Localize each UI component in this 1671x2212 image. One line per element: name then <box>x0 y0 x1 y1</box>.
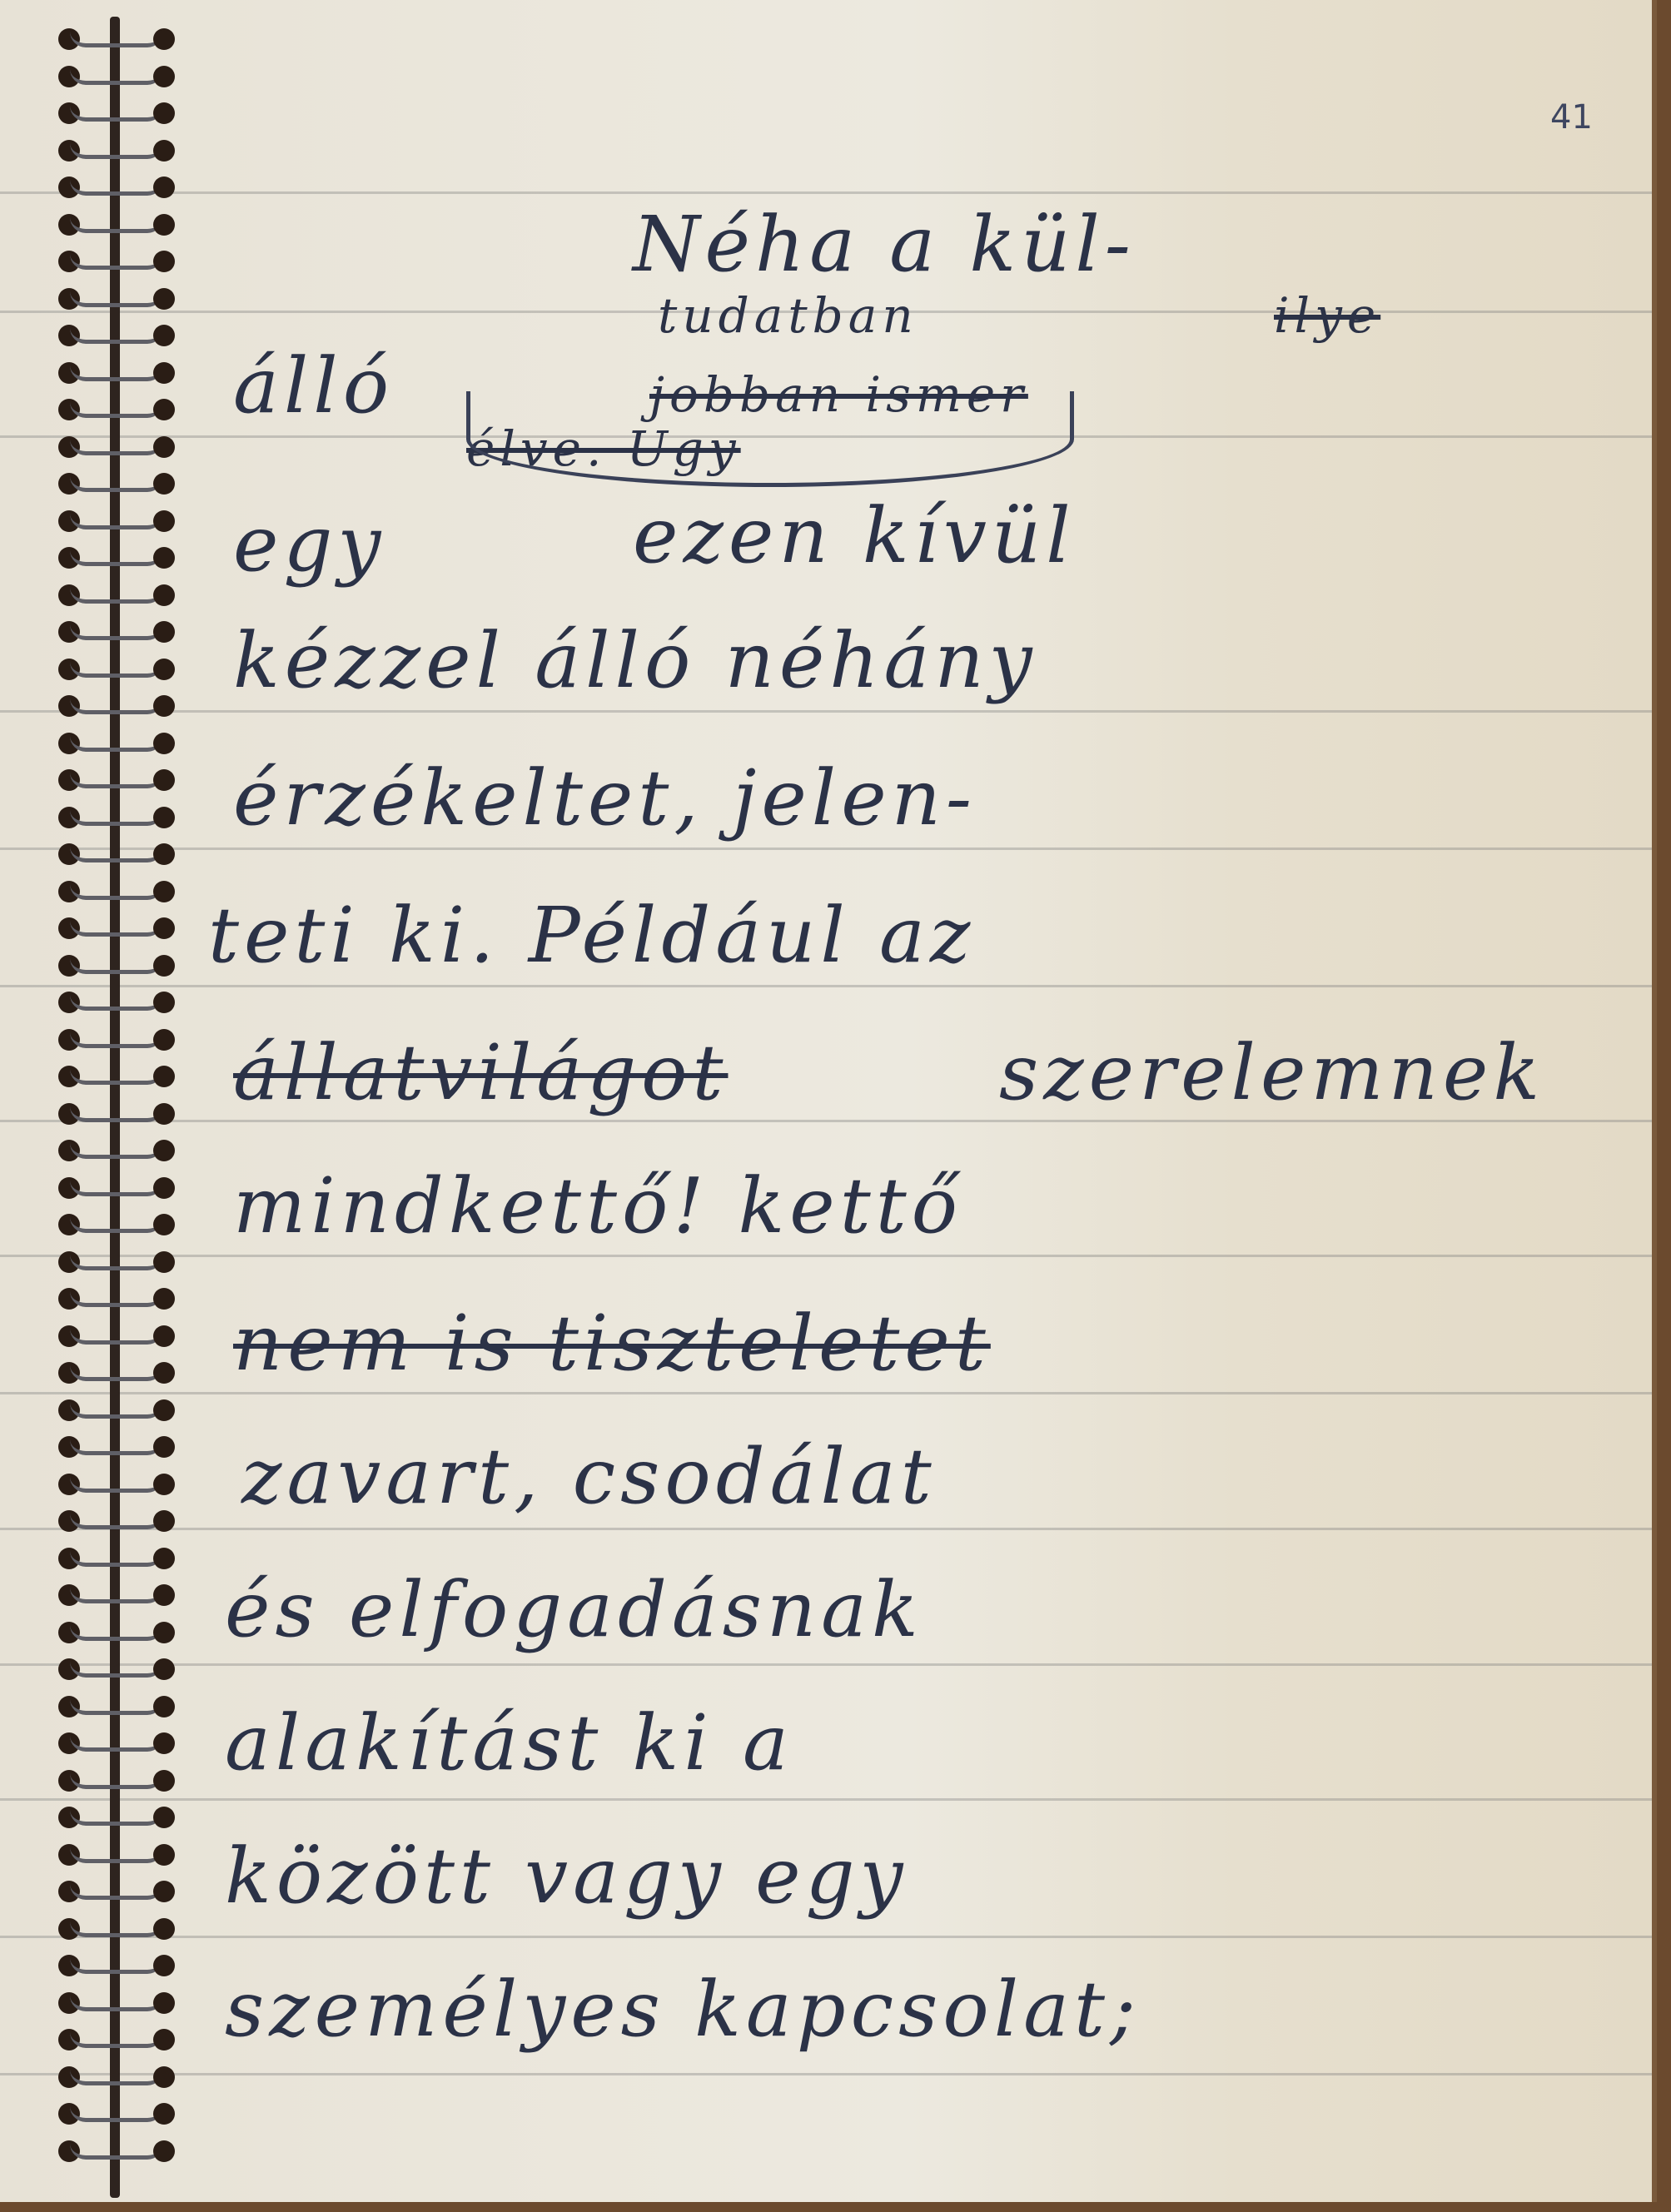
coil-wire <box>70 736 163 752</box>
punch-hole <box>153 917 175 939</box>
spiral-coil <box>58 1841 175 1867</box>
handwritten-line: álló <box>233 341 394 430</box>
punch-hole <box>153 1548 175 1569</box>
spiral-coil <box>58 137 175 163</box>
punch-hole <box>153 510 175 532</box>
coil-wire <box>70 773 163 788</box>
coil-wire <box>70 291 163 307</box>
spiral-coil <box>58 766 175 793</box>
spiral-coil <box>58 1655 175 1682</box>
spiral-coil <box>58 1174 175 1200</box>
spiral-coil <box>58 1729 175 1756</box>
spiral-coil <box>58 1210 175 1237</box>
spiral-coil <box>58 433 175 460</box>
punch-hole <box>153 1881 175 1902</box>
spiral-coil <box>58 1062 175 1089</box>
punch-hole <box>153 66 175 87</box>
coil-wire <box>70 1291 163 1307</box>
spiral-coil <box>58 62 175 89</box>
coil-wire <box>70 1143 163 1159</box>
spiral-coil <box>58 877 175 904</box>
punch-hole <box>153 1955 175 1976</box>
spiral-coil <box>58 1581 175 1608</box>
spiral-coil <box>58 2026 175 2052</box>
spiral-coil <box>58 173 175 200</box>
punch-hole <box>153 251 175 272</box>
spiral-coil <box>58 914 175 941</box>
punch-hole <box>153 1732 175 1754</box>
ruled-line <box>0 1936 1652 1938</box>
punch-hole <box>153 1177 175 1199</box>
punch-hole <box>153 1103 175 1125</box>
coil-wire <box>70 1255 163 1270</box>
spiral-coil <box>58 618 175 644</box>
coil-wire <box>70 810 163 826</box>
spiral-coil <box>58 1433 175 1459</box>
ruled-line <box>0 2073 1652 2075</box>
coil-wire <box>70 1329 163 1345</box>
handwritten-line: között vagy egy <box>225 1832 908 1921</box>
coil-wire <box>70 1847 163 1863</box>
coil-wire <box>70 254 163 270</box>
punch-hole <box>153 992 175 1013</box>
coil-wire <box>70 32 163 47</box>
punch-hole <box>153 473 175 495</box>
coil-wire <box>70 1106 163 1122</box>
punch-hole <box>153 1436 175 1458</box>
coil-wire <box>70 1884 163 1900</box>
ruled-line <box>0 1392 1652 1394</box>
coil-wire <box>70 1699 163 1715</box>
coil-wire <box>70 440 163 455</box>
punch-hole <box>153 1992 175 2014</box>
spiral-coil <box>58 99 175 126</box>
handwritten-line: kézzel álló néhány <box>233 616 1037 705</box>
spiral-coil <box>58 1877 175 1904</box>
punch-hole <box>153 621 175 643</box>
coil-wire <box>70 2144 163 2160</box>
coil-wire <box>70 847 163 862</box>
handwritten-struck-text: ilye <box>1274 287 1380 344</box>
coil-wire <box>70 1439 163 1455</box>
ruled-line <box>0 848 1652 850</box>
punch-hole <box>153 807 175 828</box>
coil-wire <box>70 1477 163 1493</box>
coil-wire <box>70 1625 163 1641</box>
spiral-coil <box>58 655 175 682</box>
coil-wire <box>70 143 163 159</box>
punch-hole <box>153 2066 175 2088</box>
coil-wire <box>70 402 163 418</box>
spiral-coil <box>58 1767 175 1793</box>
spiral-coil <box>58 470 175 496</box>
punch-hole <box>153 584 175 606</box>
ruled-line <box>0 1798 1652 1801</box>
spiral-coil <box>58 1989 175 2016</box>
spiral-coil <box>58 1544 175 1571</box>
punch-hole <box>153 325 175 346</box>
coil-wire <box>70 1588 163 1603</box>
coil-wire <box>70 1810 163 1826</box>
coil-wire <box>70 217 163 233</box>
coil-wire <box>70 180 163 196</box>
handwritten-insertion: tudatban <box>658 287 918 344</box>
punch-hole <box>153 1399 175 1421</box>
punch-hole <box>153 288 175 310</box>
spiral-coil <box>58 1322 175 1349</box>
coil-wire <box>70 2070 163 2085</box>
punch-hole <box>153 1288 175 1310</box>
insertion-loop-mark <box>466 391 1074 487</box>
ruled-line <box>0 1663 1652 1666</box>
punch-hole <box>153 2103 175 2125</box>
punch-hole <box>153 547 175 569</box>
spiral-coil <box>58 395 175 422</box>
punch-hole <box>153 436 175 458</box>
punch-hole <box>153 1510 175 1532</box>
spiral-coil <box>58 247 175 274</box>
handwritten-line: mindkettő! kettő <box>233 1161 962 1250</box>
spiral-coil <box>58 1951 175 1978</box>
punch-hole <box>153 1474 175 1495</box>
coil-wire <box>70 1773 163 1789</box>
coil-wire <box>70 1551 163 1567</box>
coil-wire <box>70 476 163 492</box>
handwritten-line: zavart, csodálat <box>241 1432 937 1521</box>
spiral-coil <box>58 285 175 311</box>
coil-wire <box>70 1736 163 1752</box>
spiral-coil <box>58 1693 175 1719</box>
spiral-coil <box>58 1136 175 1163</box>
coil-wire <box>70 958 163 974</box>
spiral-coil <box>58 2137 175 2164</box>
spiral-coil <box>58 544 175 570</box>
handwritten-line: egy <box>233 500 385 589</box>
punch-hole <box>153 1140 175 1161</box>
spiral-coil <box>58 1618 175 1645</box>
coil-wire <box>70 1217 163 1233</box>
punch-hole <box>153 2140 175 2162</box>
spiral-coil <box>58 1803 175 1830</box>
handwritten-line: teti ki. Például az <box>208 891 975 980</box>
punch-hole <box>153 1844 175 1866</box>
spiral-coil <box>58 1285 175 1311</box>
punch-hole <box>153 1918 175 1940</box>
coil-wire <box>70 588 163 604</box>
coil-wire <box>70 698 163 714</box>
spiral-coil <box>58 1470 175 1497</box>
coil-wire <box>70 328 163 344</box>
handwritten-struck-text: állatvilágot <box>233 1028 728 1117</box>
coil-wire <box>70 1662 163 1678</box>
punch-hole <box>153 1251 175 1273</box>
coil-wire <box>70 2032 163 2048</box>
punch-hole <box>153 1584 175 1606</box>
spiral-coil <box>58 581 175 608</box>
spiral-binding <box>50 17 183 2198</box>
coil-wire <box>70 365 163 381</box>
punch-hole <box>153 362 175 384</box>
coil-wire <box>70 106 163 122</box>
punch-hole <box>153 1696 175 1717</box>
spiral-coil <box>58 1396 175 1423</box>
coil-wire <box>70 662 163 678</box>
punch-hole <box>153 1658 175 1680</box>
ruled-line <box>0 1120 1652 1122</box>
punch-hole <box>153 955 175 977</box>
ruled-line <box>0 1255 1652 1257</box>
spiral-coil <box>58 1026 175 1052</box>
punch-hole <box>153 733 175 754</box>
coil-wire <box>70 1514 163 1529</box>
handwritten-insertion: ezen kívül <box>633 491 1076 580</box>
punch-hole <box>153 1807 175 1828</box>
punch-hole <box>153 102 175 124</box>
punch-hole <box>153 399 175 420</box>
punch-hole <box>153 1325 175 1347</box>
coil-wire <box>70 1996 163 2011</box>
spiral-coil <box>58 2100 175 2126</box>
coil-wire <box>70 1069 163 1085</box>
coil-wire <box>70 1032 163 1048</box>
spiral-coil <box>58 211 175 237</box>
punch-hole <box>153 1214 175 1235</box>
punch-hole <box>153 1622 175 1643</box>
coil-wire <box>70 514 163 529</box>
coil-wire <box>70 995 163 1011</box>
ruled-line <box>0 985 1652 987</box>
coil-wire <box>70 624 163 640</box>
punch-hole <box>153 843 175 865</box>
handwritten-line: személyes kapcsolat; <box>225 1965 1141 2054</box>
spiral-coil <box>58 692 175 718</box>
handwritten-line: és elfogadásnak <box>225 1565 923 1654</box>
ruled-line <box>0 710 1652 713</box>
handwritten-line: érzékeltet, jelen- <box>233 753 977 843</box>
ruled-line <box>0 191 1652 194</box>
handwritten-line: alakítást ki a <box>225 1698 793 1787</box>
notebook-page: 41 Néha a kül- tudatban ilye álló jobban… <box>0 0 1657 2202</box>
punch-hole <box>153 1066 175 1087</box>
coil-wire <box>70 1958 163 1974</box>
ruled-line <box>0 1528 1652 1530</box>
punch-hole <box>153 769 175 791</box>
spiral-coil <box>58 2063 175 2090</box>
coil-wire <box>70 69 163 85</box>
spiral-coil <box>58 840 175 867</box>
coil-wire <box>70 884 163 900</box>
punch-hole <box>153 1362 175 1384</box>
spiral-coil <box>58 25 175 52</box>
coil-wire <box>70 550 163 566</box>
spiral-coil <box>58 729 175 756</box>
spiral-coil <box>58 1248 175 1275</box>
handwritten-line: Néha a kül- <box>633 200 1136 289</box>
punch-hole <box>153 140 175 162</box>
punch-hole <box>153 659 175 680</box>
punch-hole <box>153 2029 175 2050</box>
spiral-coil <box>58 321 175 348</box>
punch-hole <box>153 1770 175 1792</box>
punch-hole <box>153 176 175 198</box>
punch-hole <box>153 881 175 902</box>
handwritten-struck-text: nem is tiszteletet <box>233 1299 991 1388</box>
punch-hole <box>153 695 175 717</box>
coil-wire <box>70 1181 163 1196</box>
handwritten-line: szerelemnek <box>999 1028 1544 1117</box>
page-number: 41 <box>1550 98 1593 137</box>
spiral-coil <box>58 988 175 1015</box>
spiral-coil <box>58 1359 175 1385</box>
spiral-coil <box>58 1915 175 1941</box>
coil-wire <box>70 1365 163 1381</box>
punch-hole <box>153 214 175 236</box>
spiral-coil <box>58 359 175 385</box>
spiral-coil <box>58 952 175 978</box>
spiral-coil <box>58 1507 175 1533</box>
spiral-coil <box>58 507 175 534</box>
coil-wire <box>70 2106 163 2122</box>
coil-wire <box>70 921 163 937</box>
coil-wire <box>70 1921 163 1937</box>
punch-hole <box>153 28 175 50</box>
spiral-coil <box>58 803 175 830</box>
spiral-coil <box>58 1100 175 1126</box>
punch-hole <box>153 1029 175 1051</box>
coil-wire <box>70 1403 163 1419</box>
